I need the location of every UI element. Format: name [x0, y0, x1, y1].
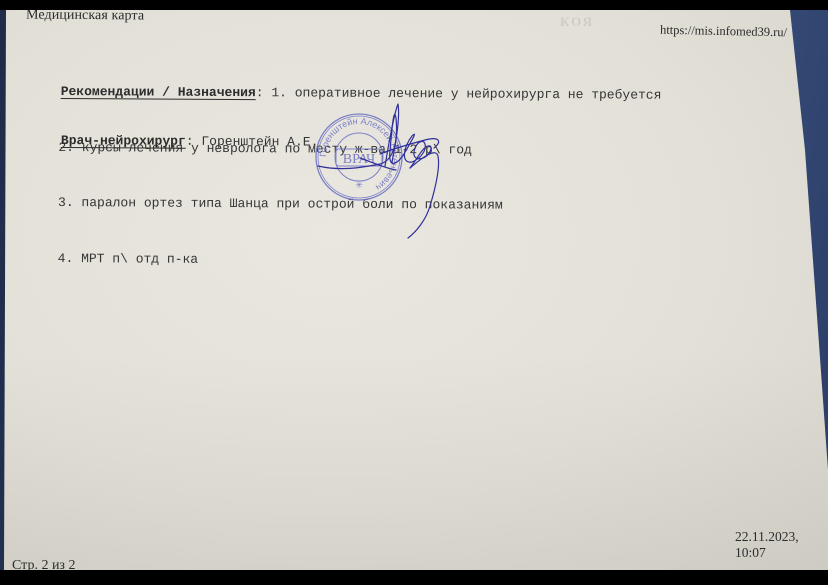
recommendation-item: 4. МРТ п\ отд п-ка	[58, 249, 661, 271]
letterbox-bottom	[0, 570, 828, 585]
doctor-name: Горенштейн А.Е.	[201, 134, 318, 150]
doctor-stamp: Горенштейн Алексей Евгеньевич ВРАЧ ✳	[314, 112, 404, 202]
signature	[300, 96, 470, 246]
recommendations-label: Рекомендации / Назначения	[61, 84, 256, 100]
recommendation-item: 3. паралон ортез типа Шанца при острой б…	[58, 194, 661, 216]
header-title: Медицинская карта	[26, 7, 144, 24]
doctor-separator: :	[186, 134, 202, 149]
recommendations-separator: :	[256, 85, 272, 100]
recommendation-item: 1. оперативное лечение у нейрохирурга не…	[271, 85, 661, 102]
print-datetime: 22.11.2023, 10:07	[735, 529, 828, 561]
bleed-through-text: КОЯ	[560, 14, 594, 30]
stamp-star-icon: ✳	[355, 180, 363, 190]
doctor-label: Врач-нейрохирург	[61, 133, 186, 149]
paper-sheet: КОЯ Медицинская карта https://mis.infome…	[0, 0, 828, 585]
recommendation-item: 2. курсы лечения у невролога по месту ж-…	[58, 138, 661, 160]
doctor-line: Врач-нейрохирург: Горенштейн А.Е.	[61, 133, 319, 150]
recommendations-block: Рекомендации / Назначения: 1. оперативно…	[59, 46, 661, 309]
stamp-ring-text: Горенштейн Алексей Евгеньевич	[318, 116, 400, 193]
stamp-center-text: ВРАЧ	[343, 152, 375, 167]
header-url: https://mis.infomed39.ru/	[660, 23, 787, 41]
photo-scene: КОЯ Медицинская карта https://mis.infome…	[0, 0, 828, 585]
letterbox-top	[0, 0, 828, 10]
recommendation-line-1: Рекомендации / Назначения: 1. оперативно…	[61, 83, 662, 105]
